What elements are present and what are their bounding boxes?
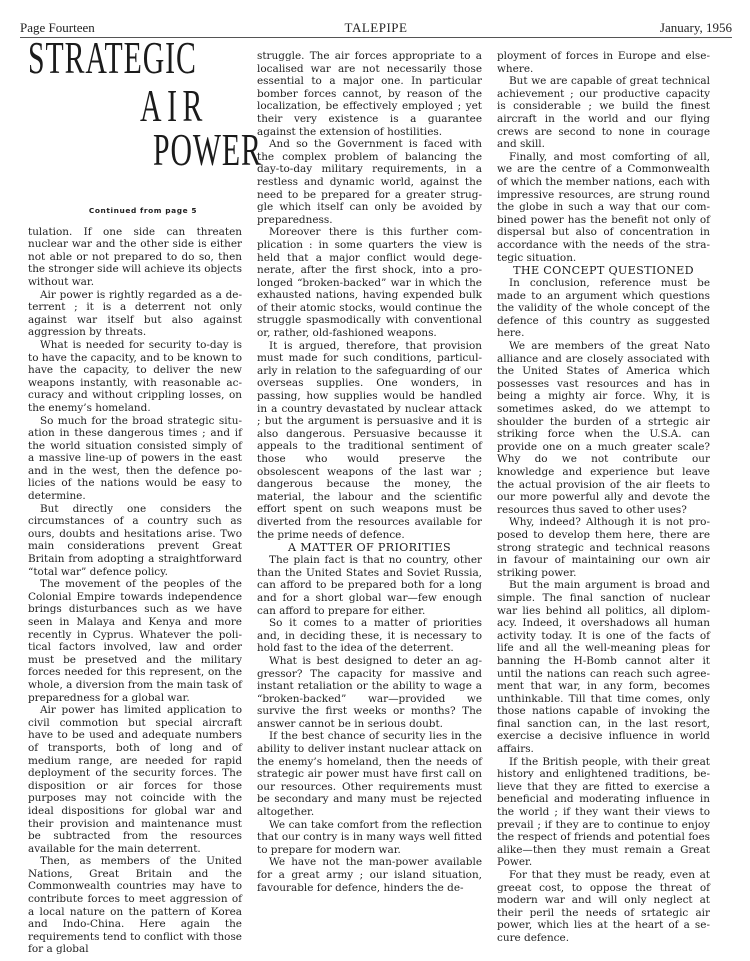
paragraph: What is best designed to deter an ag­gre…	[257, 655, 482, 731]
paragraph: Air power is rightly regarded as a de­te…	[28, 289, 242, 339]
paragraph: But we are capable of great technical ac…	[497, 75, 710, 151]
continued-note: Continued from page 5	[44, 205, 242, 218]
paragraph: struggle. The air forces appropriate to …	[257, 50, 482, 138]
paragraph: We can take comfort from the reflec­tion…	[257, 819, 482, 857]
paragraph: The movement of the peoples of the Colon…	[28, 578, 242, 704]
paragraph: But the main argument is broad and simpl…	[497, 579, 710, 755]
paragraph: For that they must be ready, even at gre…	[497, 869, 710, 945]
title-line-2: AIR	[140, 97, 208, 115]
article-column-2: struggle. The air forces appropriate to …	[257, 50, 482, 894]
paragraph: It is argued, therefore, that provision …	[257, 340, 482, 542]
paragraph: In conclusion, reference must be made to…	[497, 277, 710, 340]
paragraph: So much for the broad strategic situ­ati…	[28, 415, 242, 503]
paragraph: If the British people, with their great …	[497, 756, 710, 869]
paragraph: Finally, and most comforting of all, we …	[497, 151, 710, 264]
title-line-1: STRATEGIC	[28, 49, 197, 67]
title-line-3: POWER	[153, 141, 262, 159]
paragraph: Why, indeed? Although it is not pro­pose…	[497, 516, 710, 579]
article-column-3: ployment of forces in Europe and else­wh…	[497, 50, 710, 945]
section-heading-priorities: A MATTER OF PRIORITIES	[257, 541, 482, 554]
article-column-1: STRATEGIC AIR POWER Continued from page …	[28, 49, 242, 956]
paragraph: We are members of the great Nato allianc…	[497, 340, 710, 516]
paragraph: The plain fact is that no country, other…	[257, 554, 482, 617]
paragraph: We have not the man-power available for …	[257, 856, 482, 894]
paragraph: Then, as members of the United Nations, …	[28, 855, 242, 956]
paragraph: Moreover there is this further com­plica…	[257, 226, 482, 339]
paragraph: Air power has limited application to civ…	[28, 704, 242, 855]
paragraph: tulation. If one side can threaten nucle…	[28, 226, 242, 289]
paragraph: What is needed for security to-day is to…	[28, 339, 242, 415]
paragraph: So it comes to a matter of priorities an…	[257, 617, 482, 655]
article-title: STRATEGIC AIR POWER	[28, 49, 242, 205]
paragraph: If the best chance of security lies in t…	[257, 730, 482, 818]
paragraph: But directly one considers the circum­st…	[28, 503, 242, 579]
paragraph: ployment of forces in Europe and else­wh…	[497, 50, 710, 75]
issue-date: January, 1956	[660, 20, 732, 36]
paragraph: And so the Government is faced with the …	[257, 138, 482, 226]
section-heading-concept: THE CONCEPT QUESTIONED	[497, 264, 710, 277]
